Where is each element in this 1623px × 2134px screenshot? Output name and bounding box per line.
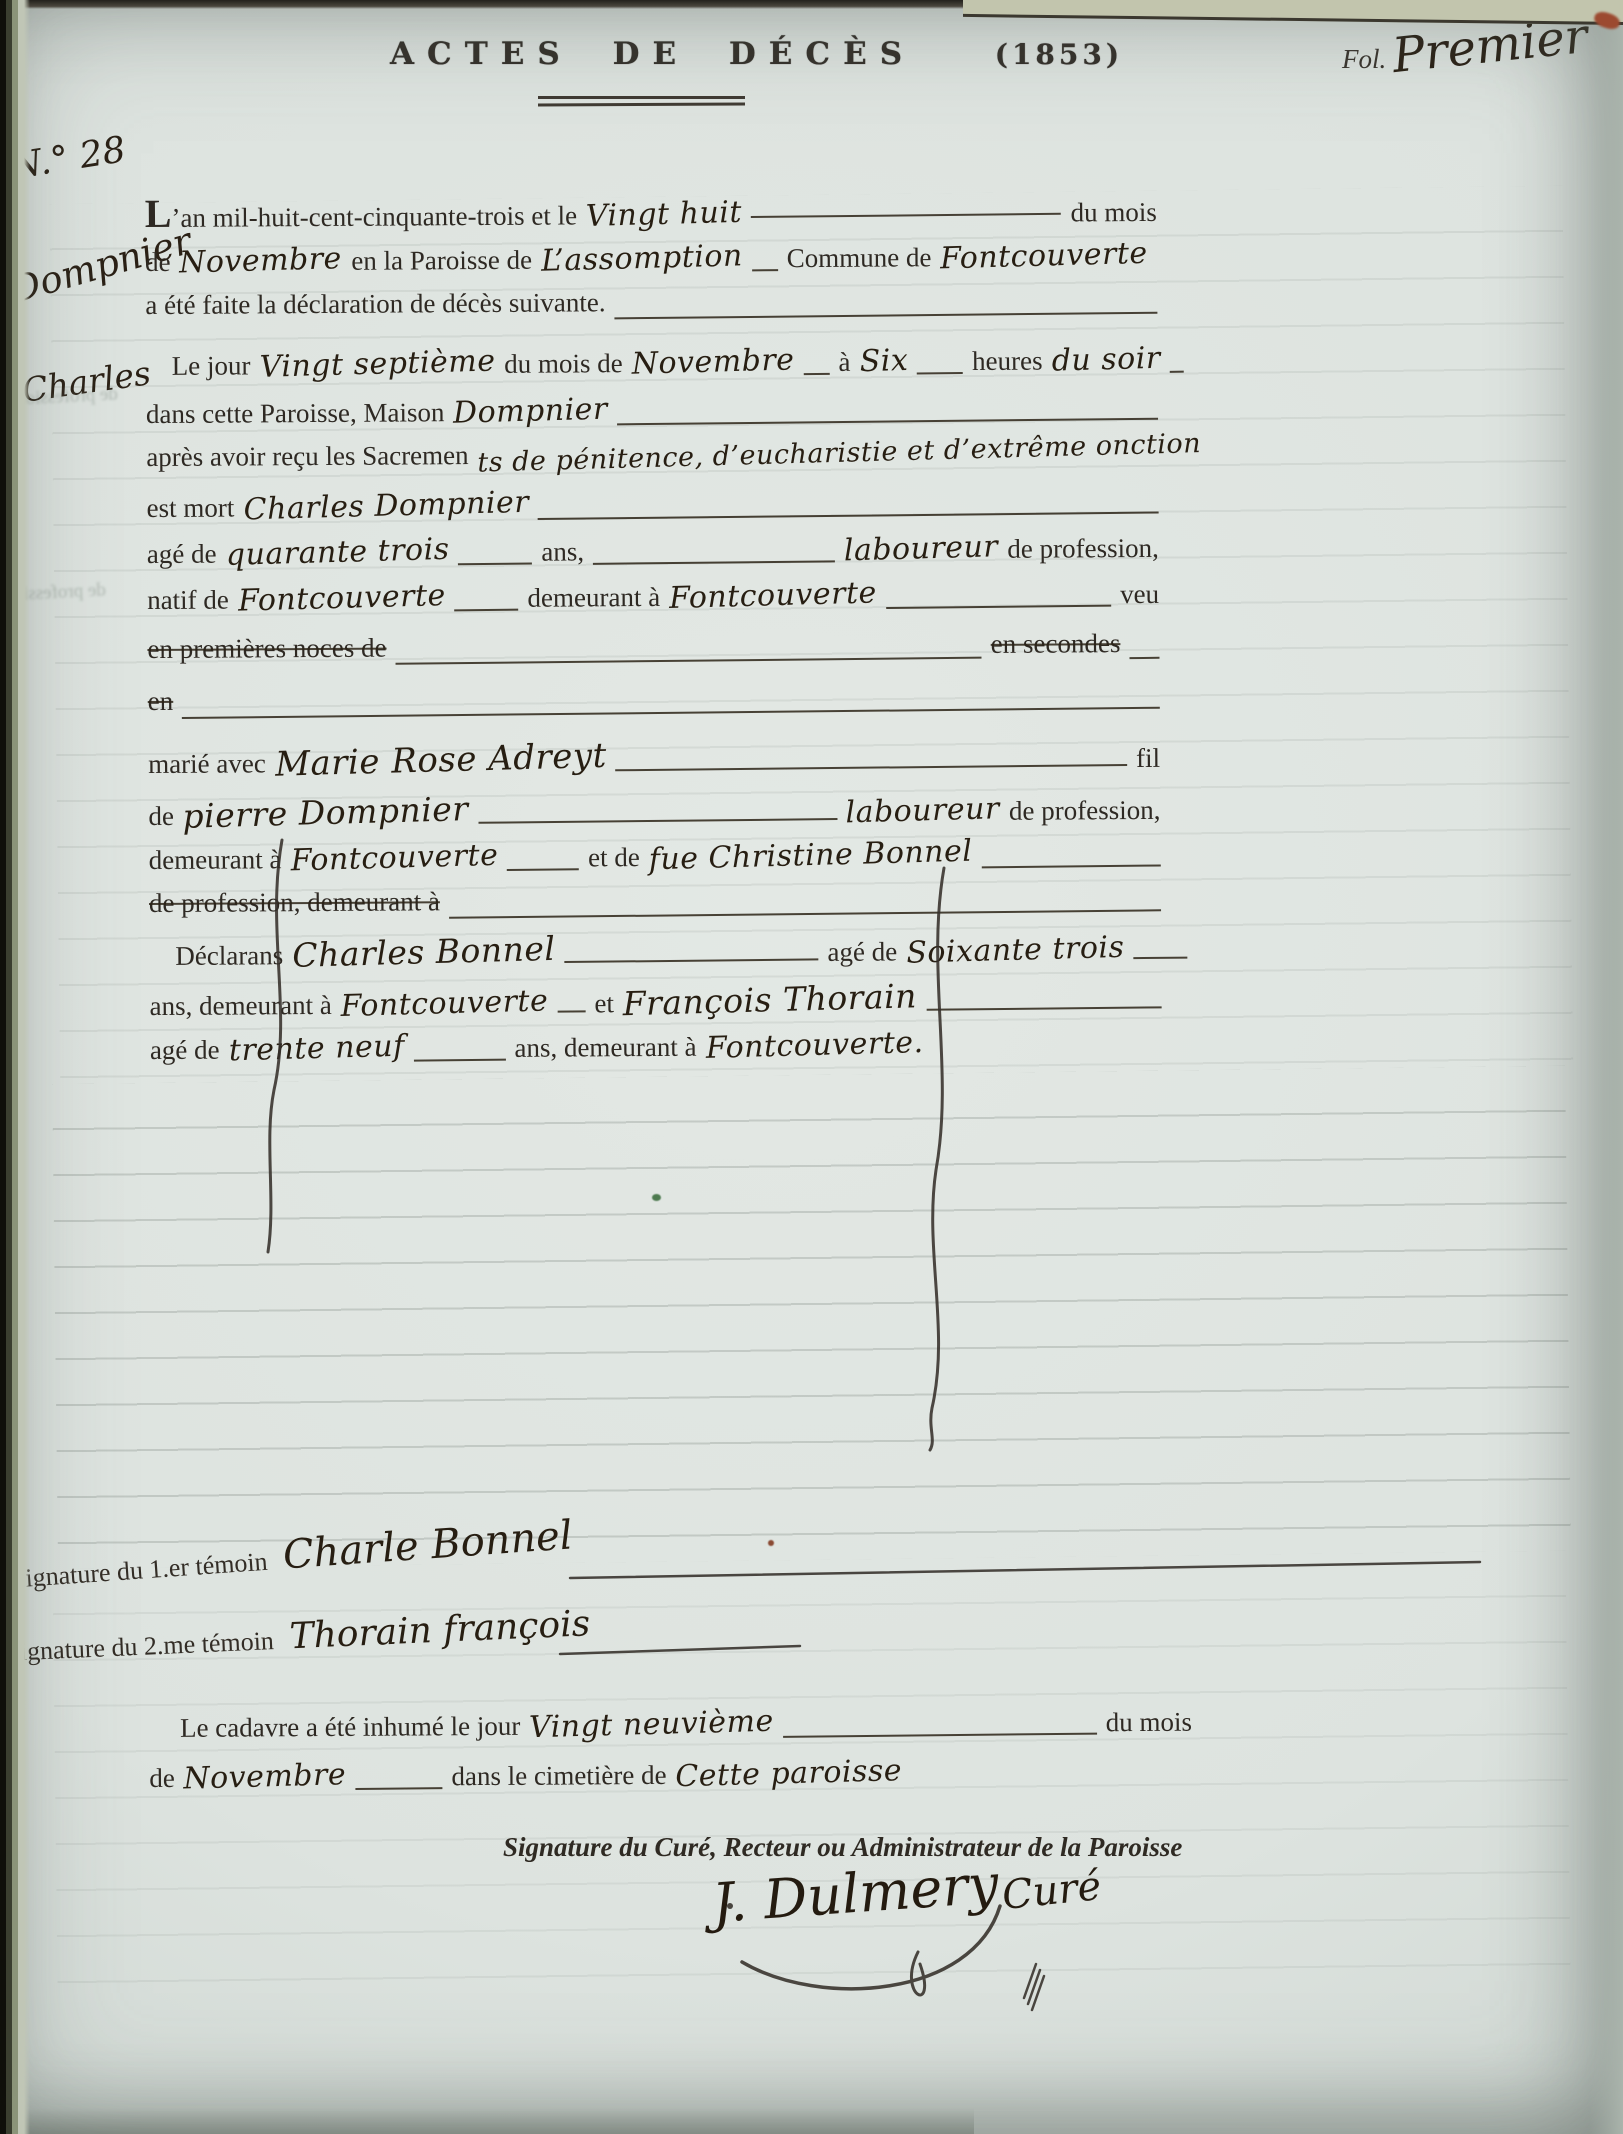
fill-rule [783,1733,1097,1738]
printed-text-struck: en secondes [991,628,1121,660]
handwritten-entry: du soir [1051,341,1161,379]
dropcap-L: L [145,191,172,236]
printed-text: agé de [827,936,897,967]
fill-rule [1133,957,1187,960]
printed-text: et de [588,842,640,873]
form-line-7: est mort Charles Dompnier [146,484,1158,530]
fill-rule [413,1059,505,1062]
act-body: L’an mil-huit-cent-cinquante-trois et le… [0,0,1623,2134]
handwritten-entry: Dompnier [453,392,609,431]
form-line-12: marié avec Marie Rose Adreyt fil [148,736,1160,782]
fill-rule [455,609,519,612]
printed-text: après avoir reçu les Sacremen [146,440,469,473]
form-line-8: agé de quarante trois ans, laboureur de … [147,530,1159,576]
printed-text: de [145,247,171,278]
fill-rule [538,512,1159,520]
printed-text: du mois de [504,348,623,380]
printed-text: de [148,801,174,832]
handwritten-entry: Marie Rose Adreyt [274,736,607,785]
handwritten-entry: laboureur [844,529,999,568]
form-line-18: agé de trente neuf ans, demeurant à Font… [150,1026,1162,1072]
fill-rule [507,868,579,871]
fill-rule [926,1006,1161,1010]
printed-text: demeurant à [149,844,282,876]
printed-text: est mort [146,493,234,525]
handwritten-entry: Charles Dompnier [243,485,529,528]
handwritten-entry: Novembre [179,241,343,280]
form-line-4: Le jour Vingt septième du mois de Novemb… [146,342,1184,388]
fill-rule [804,373,830,375]
strike-rule [182,707,1159,719]
handwritten-entry: laboureur [845,791,1000,830]
printed-text: Le jour [172,350,251,381]
handwritten-entry: pierre Dompnier [182,789,469,836]
handwritten-entry: Charles Bonnel [292,929,556,975]
printed-text: à [838,347,850,378]
printed-text: de profession, [1009,795,1161,827]
book-binding-edge [0,0,30,2134]
handwritten-entry: Novembre [631,342,795,381]
handwritten-entry: Vingt huit [586,195,743,234]
page-bottom-shade [0,2108,974,2134]
burial-line-2: de Novembre dans le cimetière de Cette p… [149,1755,911,1800]
form-line-11: en [148,680,1160,726]
printed-text-struck: de profession, demeurant à [149,886,440,919]
handwritten-entry: Vingt septième [259,343,496,384]
printed-text: L’an mil-huit-cent-cinquante-trois et le [145,187,578,237]
strike-rule [449,909,1161,918]
printed-text: du mois [1106,1707,1192,1739]
handwritten-entry: quarante trois [225,532,450,573]
form-line-16: Déclarans Charles Bonnel agé de Soixante… [149,928,1187,974]
handwritten-entry: Cette paroisse [675,1753,903,1794]
printed-text: natif de [147,585,229,616]
printed-text: heures [972,346,1043,377]
handwritten-entry: Fontcouverte [290,838,499,879]
printed-text: ans, [541,536,584,567]
printed-text: dans le cimetière de [451,1760,666,1792]
form-line-13: de pierre Dompnier laboureur de professi… [148,788,1160,834]
fill-rule [564,958,818,963]
fill-rule [616,764,1128,771]
form-line-5: dans cette Paroisse, Maison Dompnier [146,390,1158,436]
form-line-1: L’an mil-huit-cent-cinquante-trois et le… [145,184,1157,230]
printed-text: ans, demeurant à [514,1032,696,1064]
printed-text: agé de [150,1035,220,1066]
printed-text: veu [1120,579,1159,610]
printed-text: ’an mil-huit-cent-cinquante-trois et le [171,200,577,232]
printed-text: en la Paroisse de [351,245,532,277]
burial-line-1: Le cadavre a été inhumé le jour Vingt ne… [154,1704,1192,1750]
fill-rule [593,560,835,565]
form-line-3: a été faite la déclaration de décès suiv… [145,284,1157,330]
printed-text-struck: en [148,686,174,717]
printed-text: et [594,988,614,1019]
form-line-2: de Novembre en la Paroisse de L’assompti… [145,238,1157,284]
handwritten-entry: Fontcouverte [669,575,878,616]
handwritten-entry: Soixante trois [906,930,1125,971]
printed-text: Le cadavre a été inhumé le jour [180,1711,521,1744]
handwritten-entry: Vingt neuvième [529,1704,775,1746]
printed-text: de profession, [1007,533,1159,565]
handwritten-entry: fue Christine Bonnel [648,834,973,878]
fill-rule [751,213,1061,218]
fill-rule [752,269,778,271]
handwritten-entry: ts de pénitence, d’eucharistie et d’extr… [477,428,1202,479]
form-line-17: ans, demeurant à Fontcouverte et Françoi… [149,978,1161,1024]
fill-rule [478,818,837,824]
fill-rule [458,563,532,566]
printed-text: demeurant à [527,582,660,614]
printed-text: Déclarans [175,940,283,972]
fill-rule [615,312,1158,320]
form-line-9: natif de Fontcouverte demeurant à Fontco… [147,576,1159,622]
fill-rule [557,1010,585,1012]
printed-text: a été faite la déclaration de décès suiv… [145,287,605,321]
strike-rule [1129,657,1159,659]
form-line-10: en premières noces de en secondes [147,628,1159,674]
form-line-15: de profession, demeurant à [149,882,1161,928]
handwritten-entry: Fontcouverte [940,236,1149,277]
form-line-6: après avoir reçu les Sacremen ts de péni… [146,436,1158,482]
handwritten-entry: Fontcouverte. [705,1025,924,1066]
printed-text: dans cette Paroisse, Maison [146,397,445,430]
handwritten-entry: trente neuf [228,1029,405,1069]
page-right-edge [1589,0,1623,2134]
printed-text: marié avec [148,748,266,780]
fill-rule [1170,371,1184,373]
cure-signature-label: Signature du Curé, Recteur ou Administra… [503,1832,1182,1863]
printed-text-struck: en premières noces de [147,633,386,665]
printed-text: de [149,1763,175,1794]
strike-rule [396,657,982,665]
fill-rule [617,418,1158,426]
handwritten-entry: Six [859,343,909,379]
handwritten-entry: Fontcouverte [340,983,549,1024]
printed-text: agé de [147,539,217,570]
handwritten-entry: François Thorain [622,976,917,1023]
handwritten-entry: L’assomption [541,238,744,278]
form-line-14: demeurant à Fontcouverte et de fue Chris… [149,836,1161,882]
handwritten-entry: Novembre [183,1757,347,1796]
printed-text: ans, demeurant à [150,990,332,1022]
printed-text: fil [1136,743,1160,774]
fill-rule [982,864,1161,868]
printed-text: Commune de [787,242,932,274]
fill-rule [356,1787,443,1790]
handwritten-entry: Fontcouverte [237,578,446,619]
death-record-page: de profession de profession ACTES DE DÉC… [0,0,1623,2134]
fill-rule [917,372,963,374]
fill-rule [886,605,1111,609]
printed-text: du mois [1070,197,1156,229]
